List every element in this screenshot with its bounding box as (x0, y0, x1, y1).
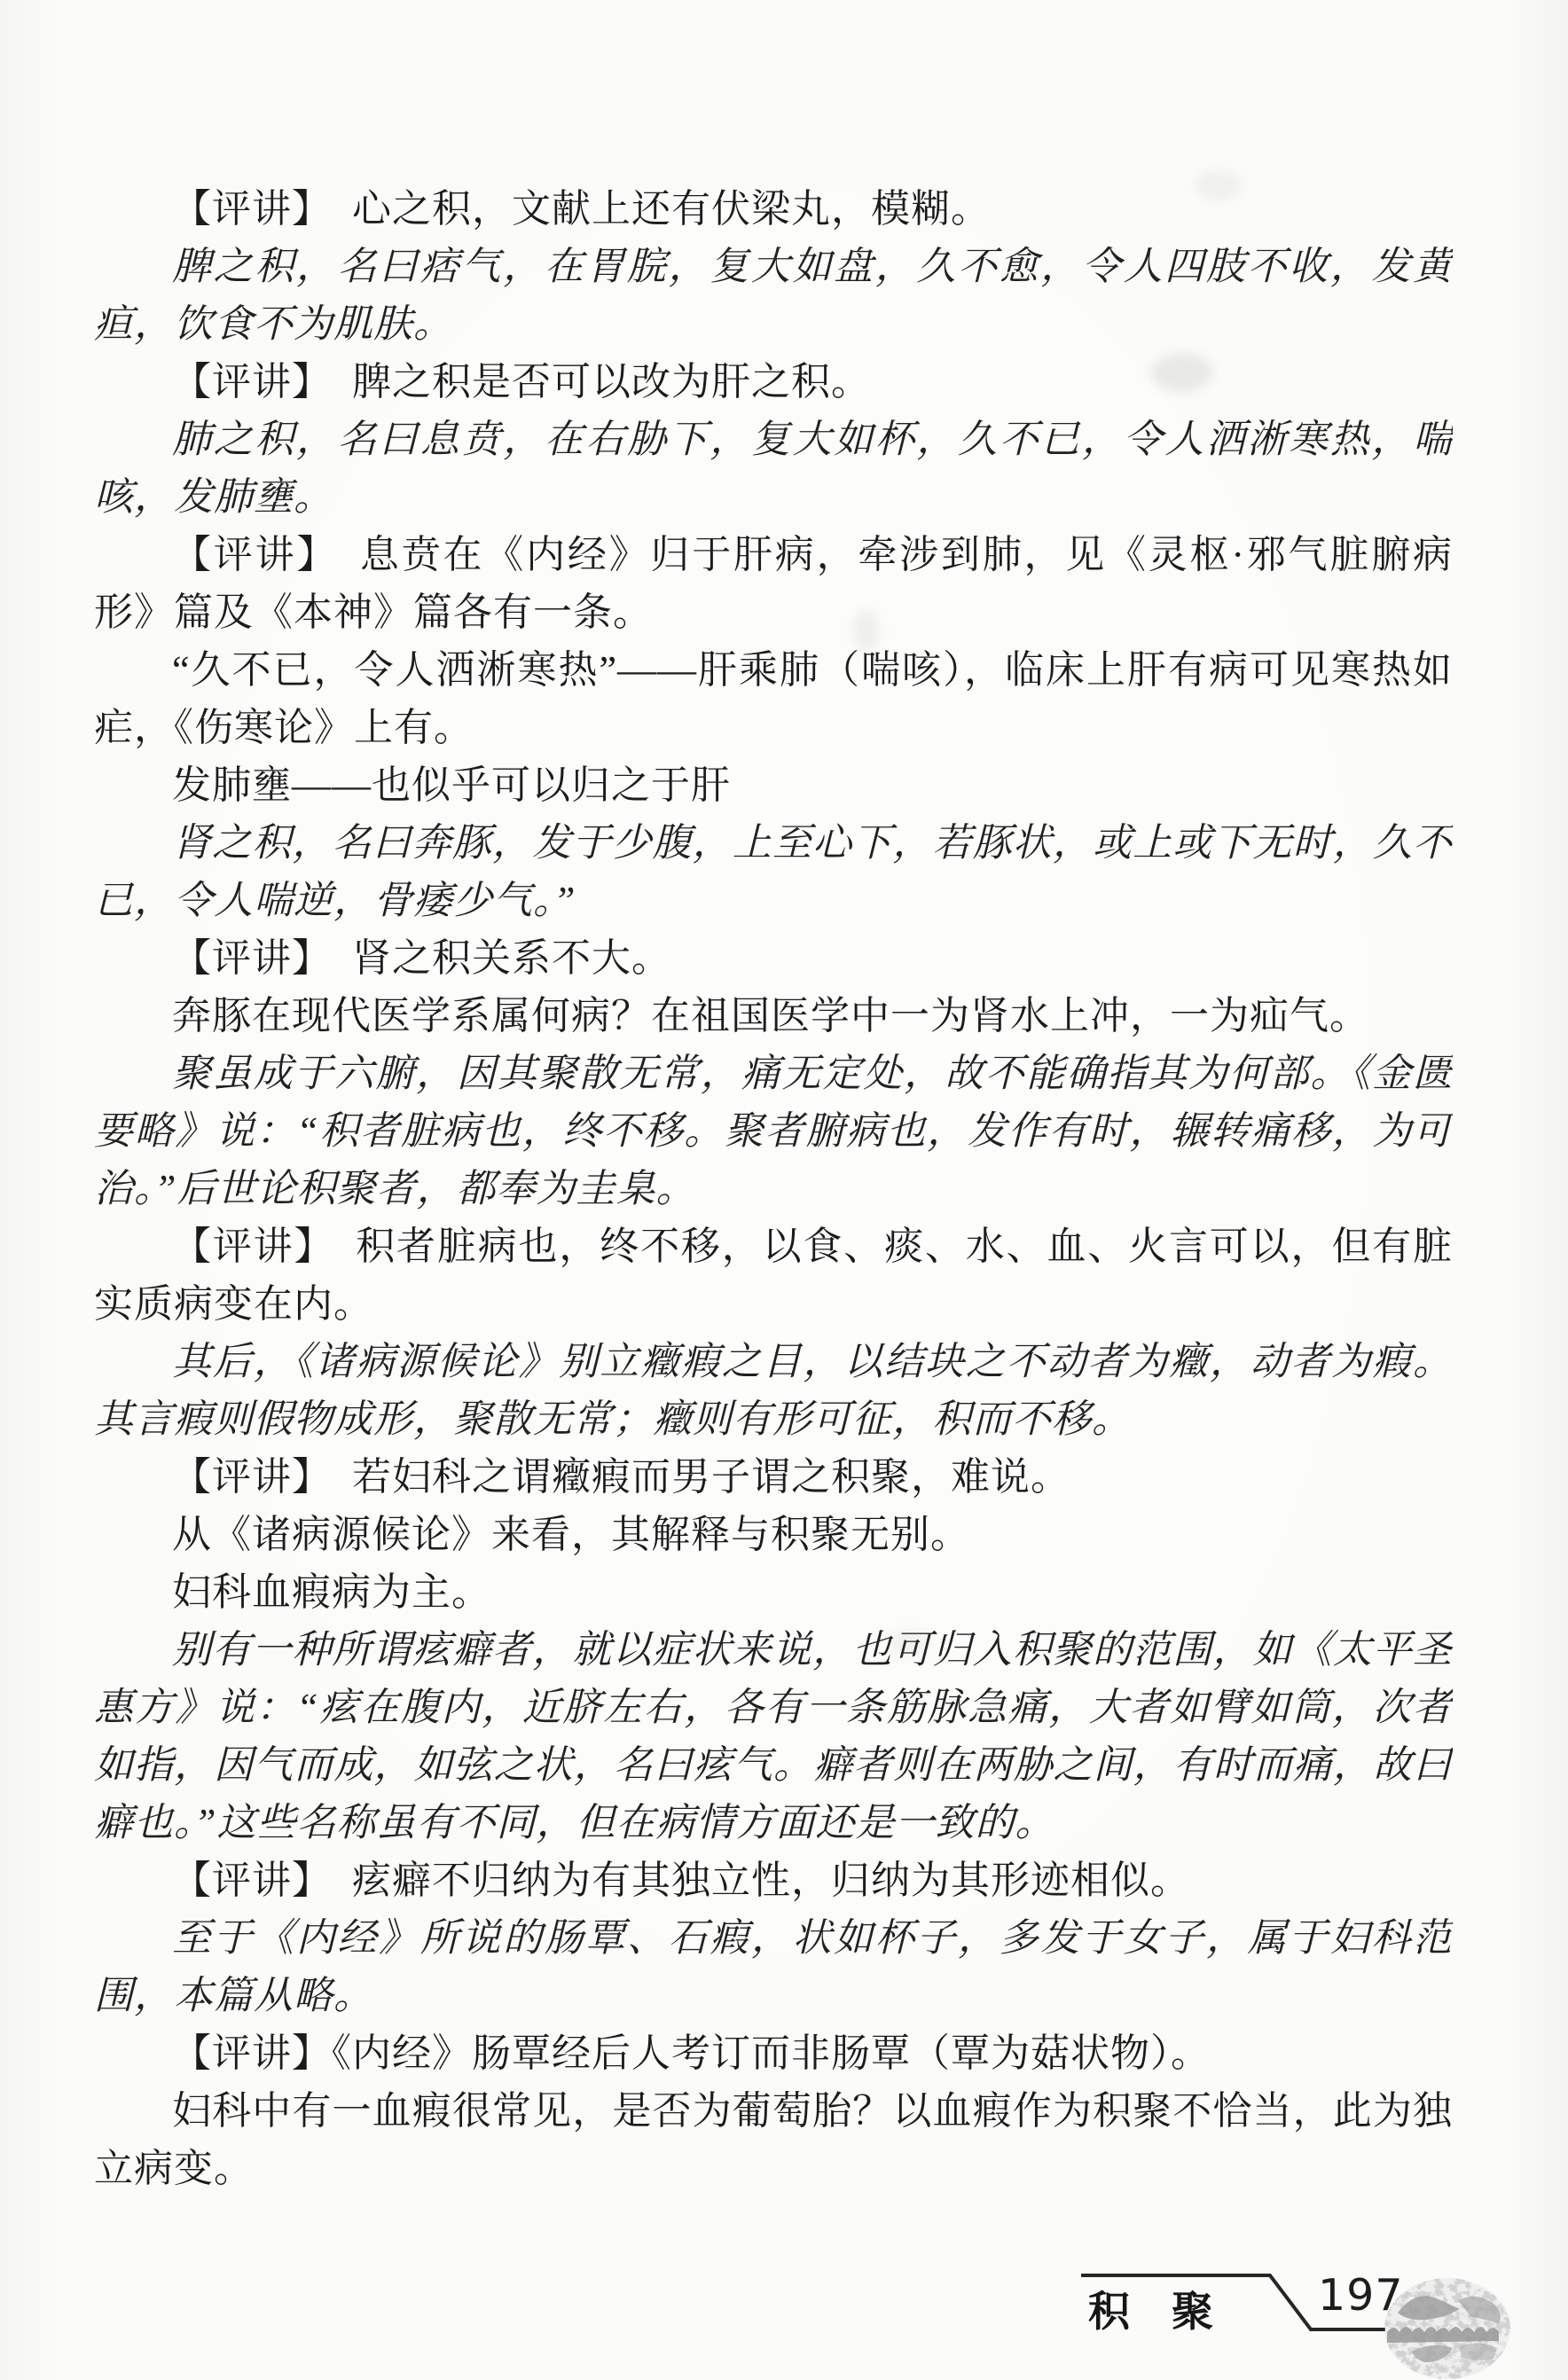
text-line: 实质病变在内。 (94, 1275, 1453, 1333)
text-line: 形》篇及《本神》篇各有一条。 (94, 583, 1453, 641)
text-line: 【评讲】 脾之积是否可以改为肝之积。 (94, 353, 1453, 411)
text-line: 肺之积，名曰息贲，在右胁下，复大如杯，久不已，令人洒淅寒热，喘 (94, 411, 1453, 468)
scan-smudge (889, 1630, 929, 1656)
page-corner-stamp (1382, 2277, 1513, 2380)
text-line: 治。”后世论积聚者，都奉为圭臬。 (94, 1160, 1453, 1217)
text-line: 别有一种所谓痃癖者，就以症状来说，也可归入积聚的范围，如《太平圣 (94, 1621, 1453, 1679)
scan-smudge (1196, 170, 1242, 200)
page-text: 【评讲】 心之积，文献上还有伏梁丸，模糊。脾之积，名曰痞气，在胃脘，复大如盘，久… (94, 180, 1453, 2197)
text-line: 【评讲】 肾之积关系不大。 (94, 929, 1453, 987)
text-line: 从《诸病源候论》来看，其解释与积聚无别。 (94, 1506, 1453, 1563)
text-line: 【评讲】 若妇科之谓癥瘕而男子谓之积聚，难说。 (94, 1448, 1453, 1506)
text-line: 【评讲】 息贲在《内经》归于肝病，牵涉到肺，见《灵枢·邪气脏腑病 (94, 526, 1453, 583)
text-line: 脾之积，名曰痞气，在胃脘，复大如盘，久不愈，令人四肢不收，发黄 (94, 238, 1453, 295)
text-line: 如指，因气而成，如弦之状，名曰痃气。癖者则在两胁之间，有时而痛，故曰 (94, 1736, 1453, 1794)
text-line: 咳，发肺壅。 (94, 468, 1453, 526)
text-line: 肾之积，名曰奔豚，发于少腹，上至心下，若豚状，或上或下无时，久不 (94, 814, 1453, 872)
text-line: 要略》说：“积者脏病也，终不移。聚者腑病也，发作有时，辗转痛移，为可 (94, 1102, 1453, 1160)
text-line: 其言瘕则假物成形，聚散无常；癥则有形可征，积而不移。 (94, 1390, 1453, 1448)
text-line: “久不已，令人洒淅寒热”——肝乘肺（喘咳），临床上肝有病可见寒热如 (94, 641, 1453, 699)
text-line: 癖也。”这些名称虽有不同，但在病情方面还是一致的。 (94, 1794, 1453, 1852)
text-line: 【评讲】 痃癖不归纳为有其独立性，归纳为其形迹相似。 (94, 1852, 1453, 1909)
text-line: 立病变。 (94, 2140, 1453, 2197)
text-line: 已，令人喘逆，骨痿少气。” (94, 872, 1453, 929)
text-line: 疸，饮食不为肌肤。 (94, 295, 1453, 353)
text-line: 奔豚在现代医学系属何病？在祖国医学中一为肾水上冲，一为疝气。 (94, 987, 1453, 1045)
text-line: 疟，《伤寒论》上有。 (94, 699, 1453, 756)
text-line: 【评讲】 心之积，文献上还有伏梁丸，模糊。 (94, 180, 1453, 238)
scan-smudge (853, 610, 880, 653)
scan-smudge (1151, 353, 1213, 392)
text-line: 其后，《诸病源候论》别立癥瘕之目，以结块之不动者为癥，动者为瘕。 (94, 1333, 1453, 1390)
text-line: 发肺壅——也似乎可以归之于肝 (94, 756, 1453, 814)
text-line: 聚虽成于六腑，因其聚散无常，痛无定处，故不能确指其为何部。《金匮 (94, 1045, 1453, 1102)
footer-chapter-title: 积 聚 (1088, 2290, 1319, 2336)
text-line: 妇科血瘕病为主。 (94, 1563, 1453, 1621)
text-line: 惠方》说：“痃在腹内，近脐左右，各有一条筋脉急痛，大者如臂如筒，次者 (94, 1679, 1453, 1736)
book-page-scan: 【评讲】 心之积，文献上还有伏梁丸，模糊。脾之积，名曰痞气，在胃脘，复大如盘，久… (0, 0, 1568, 2380)
text-line: 至于《内经》所说的肠覃、石瘕，状如杯子，多发于女子，属于妇科范 (94, 1909, 1453, 1967)
text-line: 妇科中有一血瘕很常见，是否为葡萄胎？以血瘕作为积聚不恰当，此为独 (94, 2082, 1453, 2140)
text-line: 【评讲】《内经》肠覃经后人考订而非肠覃（覃为菇状物）。 (94, 2024, 1453, 2082)
text-line: 围，本篇从略。 (94, 1967, 1453, 2024)
text-line: 【评讲】 积者脏病也，终不移，以食、痰、水、血、火言可以，但有脏腑 (94, 1217, 1453, 1275)
